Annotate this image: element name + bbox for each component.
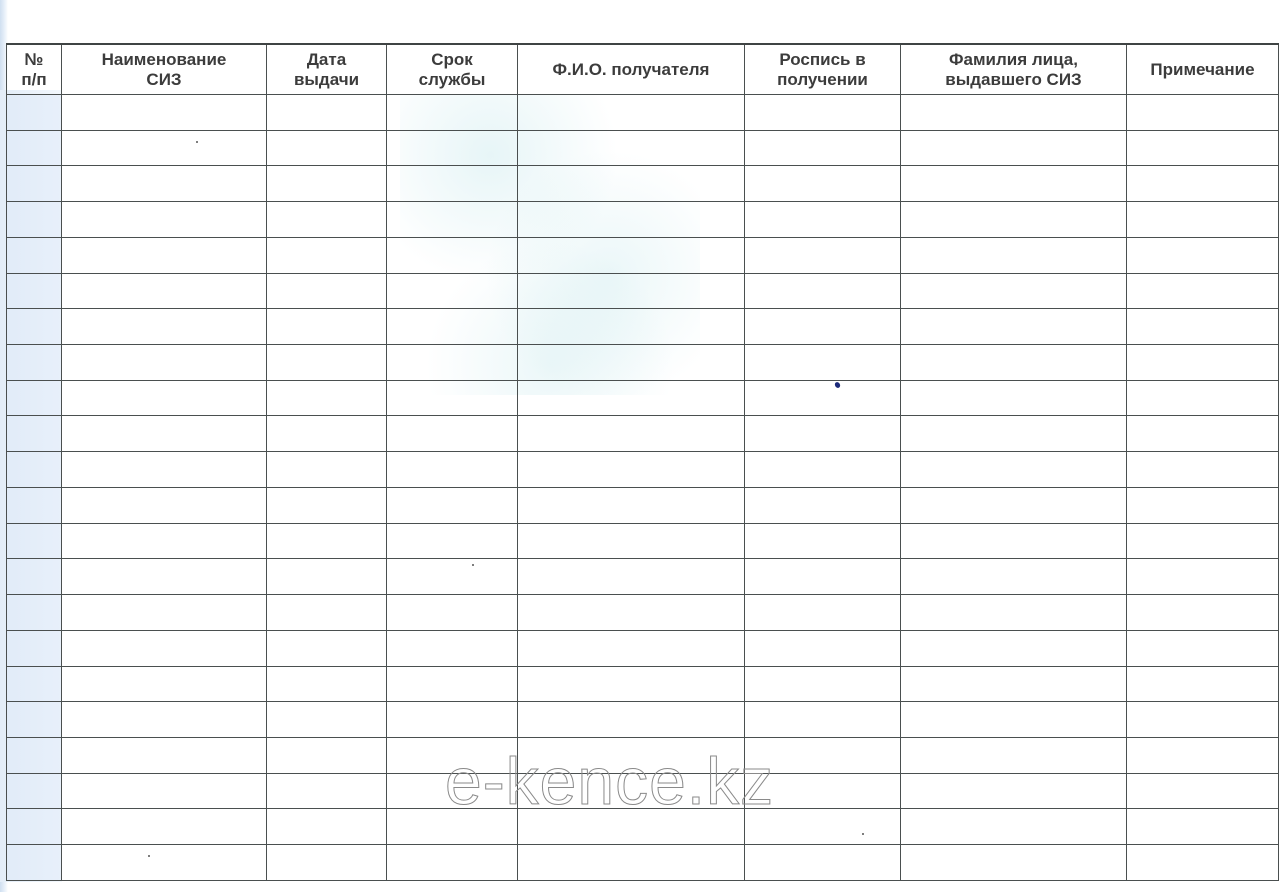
cell-signature[interactable] bbox=[745, 845, 901, 881]
table-row bbox=[7, 737, 1279, 773]
cell-signature[interactable] bbox=[745, 523, 901, 559]
cell-service-life[interactable] bbox=[387, 95, 518, 131]
cell-num[interactable] bbox=[7, 95, 62, 131]
cell-issue-date[interactable] bbox=[267, 737, 387, 773]
cell-issuer[interactable] bbox=[901, 380, 1127, 416]
cell-issuer[interactable] bbox=[901, 845, 1127, 881]
cell-item[interactable] bbox=[62, 737, 267, 773]
cell-note[interactable] bbox=[1127, 773, 1279, 809]
column-header-note: Примечание bbox=[1127, 44, 1279, 95]
cell-service-life[interactable] bbox=[387, 130, 518, 166]
cell-service-life[interactable] bbox=[387, 559, 518, 595]
column-header-label: Фамилия лица, выдавшего СИЗ bbox=[901, 50, 1126, 90]
cell-service-life[interactable] bbox=[387, 702, 518, 738]
cell-note[interactable] bbox=[1127, 595, 1279, 631]
cell-num[interactable] bbox=[7, 523, 62, 559]
cell-recipient[interactable] bbox=[518, 237, 745, 273]
cell-signature[interactable] bbox=[745, 95, 901, 131]
header-row: № п/пНаименование СИЗДата выдачиСрок слу… bbox=[7, 44, 1279, 95]
cell-issuer[interactable] bbox=[901, 166, 1127, 202]
cell-num[interactable] bbox=[7, 309, 62, 345]
cell-note[interactable] bbox=[1127, 702, 1279, 738]
cell-signature[interactable] bbox=[745, 309, 901, 345]
cell-issuer[interactable] bbox=[901, 666, 1127, 702]
column-header-num: № п/п bbox=[7, 44, 62, 95]
cell-service-life[interactable] bbox=[387, 202, 518, 238]
column-header-label: Роспись в получении bbox=[745, 50, 900, 90]
cell-note[interactable] bbox=[1127, 166, 1279, 202]
cell-signature[interactable] bbox=[745, 273, 901, 309]
cell-issue-date[interactable] bbox=[267, 595, 387, 631]
cell-recipient[interactable] bbox=[518, 809, 745, 845]
table-header: № п/пНаименование СИЗДата выдачиСрок слу… bbox=[7, 44, 1279, 95]
cell-issue-date[interactable] bbox=[267, 487, 387, 523]
cell-issue-date[interactable] bbox=[267, 559, 387, 595]
cell-service-life[interactable] bbox=[387, 345, 518, 381]
cell-signature[interactable] bbox=[745, 452, 901, 488]
cell-signature[interactable] bbox=[745, 666, 901, 702]
cell-issuer[interactable] bbox=[901, 452, 1127, 488]
table-row bbox=[7, 559, 1279, 595]
cell-issue-date[interactable] bbox=[267, 630, 387, 666]
cell-service-life[interactable] bbox=[387, 666, 518, 702]
table-row bbox=[7, 273, 1279, 309]
cell-recipient[interactable] bbox=[518, 702, 745, 738]
ppe-register-table: № п/пНаименование СИЗДата выдачиСрок слу… bbox=[6, 43, 1279, 881]
column-header-issuer: Фамилия лица, выдавшего СИЗ bbox=[901, 44, 1127, 95]
cell-signature[interactable] bbox=[745, 345, 901, 381]
table-row bbox=[7, 487, 1279, 523]
table-row bbox=[7, 130, 1279, 166]
cell-item[interactable] bbox=[62, 309, 267, 345]
cell-issue-date[interactable] bbox=[267, 416, 387, 452]
cell-num[interactable] bbox=[7, 737, 62, 773]
cell-issuer[interactable] bbox=[901, 773, 1127, 809]
cell-num[interactable] bbox=[7, 559, 62, 595]
column-header-issue-date: Дата выдачи bbox=[267, 44, 387, 95]
cell-issue-date[interactable] bbox=[267, 773, 387, 809]
cell-issuer[interactable] bbox=[901, 130, 1127, 166]
cell-note[interactable] bbox=[1127, 487, 1279, 523]
cell-num[interactable] bbox=[7, 702, 62, 738]
table-row bbox=[7, 773, 1279, 809]
cell-service-life[interactable] bbox=[387, 737, 518, 773]
cell-recipient[interactable] bbox=[518, 273, 745, 309]
cell-item[interactable] bbox=[62, 237, 267, 273]
cell-num[interactable] bbox=[7, 345, 62, 381]
cell-issue-date[interactable] bbox=[267, 345, 387, 381]
cell-signature[interactable] bbox=[745, 380, 901, 416]
cell-issuer[interactable] bbox=[901, 809, 1127, 845]
column-header-label: Срок службы bbox=[387, 50, 517, 90]
cell-num[interactable] bbox=[7, 416, 62, 452]
cell-item[interactable] bbox=[62, 345, 267, 381]
cell-signature[interactable] bbox=[745, 166, 901, 202]
cell-service-life[interactable] bbox=[387, 380, 518, 416]
cell-signature[interactable] bbox=[745, 559, 901, 595]
cell-issuer[interactable] bbox=[901, 559, 1127, 595]
cell-service-life[interactable] bbox=[387, 595, 518, 631]
cell-recipient[interactable] bbox=[518, 416, 745, 452]
cell-service-life[interactable] bbox=[387, 630, 518, 666]
cell-issue-date[interactable] bbox=[267, 309, 387, 345]
cell-issue-date[interactable] bbox=[267, 202, 387, 238]
cell-recipient[interactable] bbox=[518, 452, 745, 488]
cell-num[interactable] bbox=[7, 273, 62, 309]
cell-item[interactable] bbox=[62, 487, 267, 523]
cell-recipient[interactable] bbox=[518, 166, 745, 202]
cell-issue-date[interactable] bbox=[267, 845, 387, 881]
cell-recipient[interactable] bbox=[518, 202, 745, 238]
table-row bbox=[7, 845, 1279, 881]
cell-num[interactable] bbox=[7, 130, 62, 166]
table-row bbox=[7, 595, 1279, 631]
cell-note[interactable] bbox=[1127, 809, 1279, 845]
cell-issuer[interactable] bbox=[901, 237, 1127, 273]
cell-issuer[interactable] bbox=[901, 202, 1127, 238]
cell-note[interactable] bbox=[1127, 345, 1279, 381]
cell-note[interactable] bbox=[1127, 523, 1279, 559]
cell-signature[interactable] bbox=[745, 630, 901, 666]
cell-issue-date[interactable] bbox=[267, 95, 387, 131]
cell-issuer[interactable] bbox=[901, 95, 1127, 131]
cell-note[interactable] bbox=[1127, 273, 1279, 309]
cell-recipient[interactable] bbox=[518, 773, 745, 809]
cell-signature[interactable] bbox=[745, 702, 901, 738]
cell-issue-date[interactable] bbox=[267, 666, 387, 702]
cell-num[interactable] bbox=[7, 595, 62, 631]
cell-issue-date[interactable] bbox=[267, 237, 387, 273]
cell-item[interactable] bbox=[62, 130, 267, 166]
table-row bbox=[7, 523, 1279, 559]
cell-note[interactable] bbox=[1127, 95, 1279, 131]
cell-item[interactable] bbox=[62, 523, 267, 559]
cell-signature[interactable] bbox=[745, 237, 901, 273]
cell-signature[interactable] bbox=[745, 487, 901, 523]
cell-recipient[interactable] bbox=[518, 380, 745, 416]
cell-num[interactable] bbox=[7, 630, 62, 666]
cell-num[interactable] bbox=[7, 452, 62, 488]
table-row bbox=[7, 416, 1279, 452]
cell-item[interactable] bbox=[62, 845, 267, 881]
cell-issue-date[interactable] bbox=[267, 166, 387, 202]
cell-item[interactable] bbox=[62, 666, 267, 702]
cell-service-life[interactable] bbox=[387, 237, 518, 273]
cell-signature[interactable] bbox=[745, 809, 901, 845]
cell-issuer[interactable] bbox=[901, 416, 1127, 452]
cell-issuer[interactable] bbox=[901, 523, 1127, 559]
table-row bbox=[7, 380, 1279, 416]
cell-issuer[interactable] bbox=[901, 487, 1127, 523]
cell-recipient[interactable] bbox=[518, 309, 745, 345]
cell-note[interactable] bbox=[1127, 130, 1279, 166]
cell-item[interactable] bbox=[62, 416, 267, 452]
cell-issuer[interactable] bbox=[901, 702, 1127, 738]
table-row bbox=[7, 95, 1279, 131]
cell-service-life[interactable] bbox=[387, 452, 518, 488]
cell-recipient[interactable] bbox=[518, 345, 745, 381]
column-header-label: Примечание bbox=[1127, 60, 1278, 80]
cell-service-life[interactable] bbox=[387, 487, 518, 523]
column-header-label: Дата выдачи bbox=[267, 50, 386, 90]
cell-num[interactable] bbox=[7, 202, 62, 238]
cell-recipient[interactable] bbox=[518, 595, 745, 631]
scan-speck bbox=[472, 564, 474, 566]
cell-issuer[interactable] bbox=[901, 630, 1127, 666]
cell-item[interactable] bbox=[62, 595, 267, 631]
cell-note[interactable] bbox=[1127, 237, 1279, 273]
scan-speck bbox=[196, 141, 198, 143]
cell-recipient[interactable] bbox=[518, 523, 745, 559]
cell-issue-date[interactable] bbox=[267, 809, 387, 845]
cell-issue-date[interactable] bbox=[267, 452, 387, 488]
cell-recipient[interactable] bbox=[518, 737, 745, 773]
cell-issuer[interactable] bbox=[901, 273, 1127, 309]
cell-item[interactable] bbox=[62, 166, 267, 202]
cell-note[interactable] bbox=[1127, 666, 1279, 702]
cell-note[interactable] bbox=[1127, 380, 1279, 416]
cell-note[interactable] bbox=[1127, 845, 1279, 881]
cell-issuer[interactable] bbox=[901, 595, 1127, 631]
column-header-label: Ф.И.О. получателя bbox=[518, 60, 744, 80]
cell-item[interactable] bbox=[62, 202, 267, 238]
cell-signature[interactable] bbox=[745, 130, 901, 166]
scan-speck bbox=[148, 855, 150, 857]
cell-recipient[interactable] bbox=[518, 487, 745, 523]
cell-service-life[interactable] bbox=[387, 309, 518, 345]
cell-issue-date[interactable] bbox=[267, 380, 387, 416]
table-row bbox=[7, 702, 1279, 738]
table-row bbox=[7, 202, 1279, 238]
cell-item[interactable] bbox=[62, 273, 267, 309]
cell-recipient[interactable] bbox=[518, 95, 745, 131]
cell-item[interactable] bbox=[62, 630, 267, 666]
cell-issue-date[interactable] bbox=[267, 130, 387, 166]
table-row bbox=[7, 309, 1279, 345]
cell-item[interactable] bbox=[62, 702, 267, 738]
cell-issuer[interactable] bbox=[901, 345, 1127, 381]
table-row bbox=[7, 452, 1279, 488]
cell-note[interactable] bbox=[1127, 630, 1279, 666]
cell-issue-date[interactable] bbox=[267, 273, 387, 309]
table-body bbox=[7, 95, 1279, 881]
cell-issuer[interactable] bbox=[901, 309, 1127, 345]
table-row bbox=[7, 345, 1279, 381]
cell-service-life[interactable] bbox=[387, 273, 518, 309]
cell-signature[interactable] bbox=[745, 773, 901, 809]
cell-issue-date[interactable] bbox=[267, 523, 387, 559]
table-row bbox=[7, 809, 1279, 845]
column-header-service-life: Срок службы bbox=[387, 44, 518, 95]
column-header-item: Наименование СИЗ bbox=[62, 44, 267, 95]
table-row bbox=[7, 237, 1279, 273]
cell-note[interactable] bbox=[1127, 559, 1279, 595]
cell-signature[interactable] bbox=[745, 595, 901, 631]
cell-recipient[interactable] bbox=[518, 559, 745, 595]
column-header-recipient: Ф.И.О. получателя bbox=[518, 44, 745, 95]
cell-item[interactable] bbox=[62, 95, 267, 131]
column-header-label: Наименование СИЗ bbox=[62, 50, 266, 90]
table-row bbox=[7, 630, 1279, 666]
cell-signature[interactable] bbox=[745, 737, 901, 773]
cell-recipient[interactable] bbox=[518, 130, 745, 166]
cell-note[interactable] bbox=[1127, 202, 1279, 238]
cell-num[interactable] bbox=[7, 773, 62, 809]
cell-num[interactable] bbox=[7, 237, 62, 273]
table-row bbox=[7, 666, 1279, 702]
column-header-signature: Роспись в получении bbox=[745, 44, 901, 95]
cell-num[interactable] bbox=[7, 487, 62, 523]
scan-speck bbox=[862, 833, 864, 835]
cell-issuer[interactable] bbox=[901, 737, 1127, 773]
cell-service-life[interactable] bbox=[387, 773, 518, 809]
cell-signature[interactable] bbox=[745, 416, 901, 452]
cell-service-life[interactable] bbox=[387, 416, 518, 452]
cell-issue-date[interactable] bbox=[267, 702, 387, 738]
cell-note[interactable] bbox=[1127, 452, 1279, 488]
cell-note[interactable] bbox=[1127, 309, 1279, 345]
cell-item[interactable] bbox=[62, 773, 267, 809]
cell-service-life[interactable] bbox=[387, 166, 518, 202]
cell-item[interactable] bbox=[62, 809, 267, 845]
column-header-label: № п/п bbox=[7, 50, 61, 90]
cell-num[interactable] bbox=[7, 845, 62, 881]
cell-recipient[interactable] bbox=[518, 666, 745, 702]
cell-note[interactable] bbox=[1127, 416, 1279, 452]
cell-recipient[interactable] bbox=[518, 630, 745, 666]
cell-signature[interactable] bbox=[745, 202, 901, 238]
cell-service-life[interactable] bbox=[387, 845, 518, 881]
cell-item[interactable] bbox=[62, 452, 267, 488]
cell-recipient[interactable] bbox=[518, 845, 745, 881]
cell-num[interactable] bbox=[7, 809, 62, 845]
cell-service-life[interactable] bbox=[387, 809, 518, 845]
table-row bbox=[7, 166, 1279, 202]
cell-num[interactable] bbox=[7, 666, 62, 702]
cell-num[interactable] bbox=[7, 380, 62, 416]
cell-item[interactable] bbox=[62, 559, 267, 595]
cell-num[interactable] bbox=[7, 166, 62, 202]
cell-note[interactable] bbox=[1127, 737, 1279, 773]
cell-item[interactable] bbox=[62, 380, 267, 416]
cell-service-life[interactable] bbox=[387, 523, 518, 559]
